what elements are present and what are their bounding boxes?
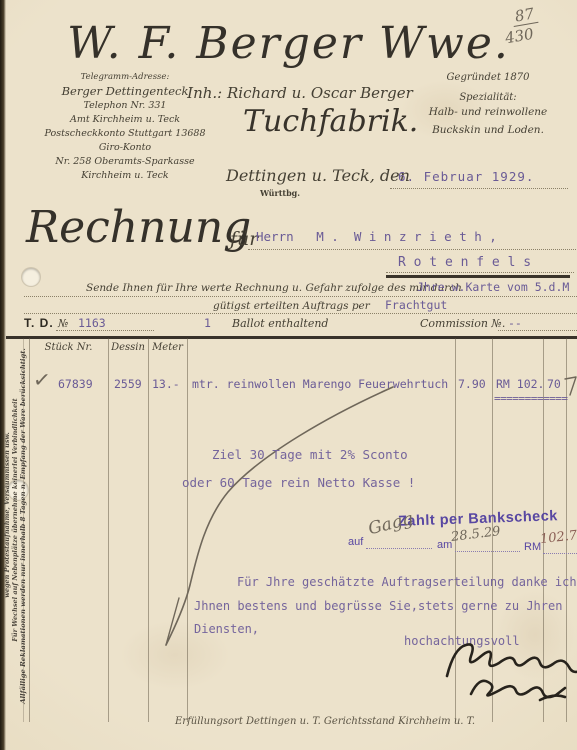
sidebar-condition-line-1: Allfällige Reklamationen werden nur inne… bbox=[19, 344, 27, 708]
table-column-line bbox=[29, 338, 30, 722]
telegram-address-label: Telegramm-Adresse: bbox=[30, 72, 220, 82]
commission-underline bbox=[498, 330, 577, 331]
invoice-date: 6. Februar 1929. bbox=[398, 169, 534, 184]
founded-line: Gegründet 1870 bbox=[408, 72, 568, 83]
owner-line: Inh.: Richard u. Oscar Berger bbox=[175, 84, 425, 102]
giro-account-line: Nr. 258 Oberamts-Sparkasse bbox=[30, 156, 220, 167]
punch-hole-top bbox=[22, 268, 40, 286]
recipient-rule bbox=[386, 275, 570, 278]
stamp-auf-label: auf bbox=[348, 536, 363, 548]
giro-label: Giro-Konto bbox=[30, 142, 220, 153]
giro-place-line: Kirchheim u. Teck bbox=[30, 170, 220, 181]
recipient-name: Herrn M . W i n z r i e t h , bbox=[256, 229, 497, 244]
recipient-city: R o t e n f e l s bbox=[398, 255, 531, 270]
closing-line-1: Für Jhre geschätzte Auftragserteilung da… bbox=[237, 575, 577, 589]
table-column-line bbox=[148, 338, 149, 722]
business-line: Tuchfabrik. bbox=[243, 104, 418, 139]
td-underline bbox=[56, 330, 154, 331]
salutation: hochachtungsvoll bbox=[404, 634, 520, 648]
region-line: Württbg. bbox=[260, 188, 300, 198]
td-no-symbol: № bbox=[58, 317, 68, 330]
invoice-title: Rechnung bbox=[26, 202, 251, 253]
sidebar-condition-line-2: Für Wechsel auf Nebenplätze übernehme ke… bbox=[11, 395, 19, 645]
stamp-rm-line bbox=[543, 553, 577, 554]
row-dessin: 2559 bbox=[114, 377, 142, 391]
row-amount-pfennig: 70 bbox=[547, 377, 561, 391]
intro-script-1: Sende Ihnen für Ihre werte Rechnung u. G… bbox=[86, 282, 462, 294]
bale-count: 1 bbox=[204, 316, 211, 330]
row-stueck-nr: 67839 bbox=[58, 377, 93, 391]
company-title: W. F. Berger Wwe. bbox=[0, 18, 577, 69]
bale-text: Ballot enthaltend bbox=[232, 317, 328, 330]
intro-script-2: gütigst erteilten Auftrags per bbox=[213, 300, 370, 312]
invoice-document: 87 430 W. F. Berger Wwe. Telegramm-Adres… bbox=[0, 0, 577, 750]
col-header-stueck: Stück Nr. bbox=[29, 342, 108, 353]
commission-value: -- bbox=[508, 316, 522, 330]
commission-label: Commission №. bbox=[420, 317, 505, 330]
scan-left-edge bbox=[0, 0, 6, 750]
postal-account-line: Postscheckkonto Stuttgart 13688 bbox=[30, 128, 220, 139]
phone-office-line: Amt Kirchheim u. Teck bbox=[30, 114, 220, 125]
terms-line-2: oder 60 Tage rein Netto Kasse ! bbox=[182, 475, 415, 490]
col-header-dessin: Dessin bbox=[108, 342, 148, 353]
stamp-rm-label: RM bbox=[524, 541, 541, 553]
stamp-am-label: am bbox=[437, 539, 452, 551]
specialty-label: Spezialität: bbox=[408, 92, 568, 103]
row-meter: 13.- bbox=[152, 377, 180, 391]
stamp-auf-value: Gagg bbox=[366, 509, 415, 539]
footer-legal: Erfüllungsort Dettingen u. T. Gerichtsst… bbox=[160, 716, 490, 727]
recipient-underline-2 bbox=[386, 272, 574, 273]
place-line: Dettingen u. Teck, den bbox=[226, 166, 410, 185]
stamp-auf-line bbox=[366, 548, 432, 549]
for-label: für bbox=[230, 228, 258, 250]
intro-underline-1 bbox=[24, 296, 577, 297]
row-checkmark: ✓ bbox=[32, 367, 52, 393]
intro-underline-2 bbox=[24, 313, 577, 314]
closing-line-3: Diensten, bbox=[194, 622, 259, 636]
row-description: mtr. reinwollen Marengo Feuerwehrtuch bbox=[192, 377, 448, 391]
td-label: T. D. bbox=[24, 316, 54, 330]
row-unit-price: 7.90 bbox=[458, 377, 486, 391]
table-column-line bbox=[108, 338, 109, 722]
terms-line-1: Ziel 30 Tage mit 2% Sconto bbox=[212, 447, 408, 462]
specialty-line2: Buckskin und Loden. bbox=[408, 124, 568, 136]
closing-line-2: Jhnen bestens und begrüsse Sie,stets ger… bbox=[194, 599, 562, 613]
stamp-am-line bbox=[455, 551, 520, 552]
col-header-meter: Meter bbox=[148, 342, 187, 353]
stamp-rm-value: 102.70 bbox=[539, 528, 577, 547]
recipient-underline-1 bbox=[248, 249, 576, 250]
table-column-line bbox=[187, 338, 188, 722]
date-underline bbox=[390, 188, 568, 189]
row-amount: RM 102. bbox=[496, 377, 544, 391]
sidebar-condition-line-3: wegen Protestaufnahme, Versäumnissen usw… bbox=[3, 430, 11, 600]
intro-typed-2: Frachtgut bbox=[385, 298, 447, 312]
total-rule: ============ bbox=[494, 392, 577, 405]
specialty-line1: Halb- und reinwollene bbox=[408, 106, 568, 118]
td-number: 1163 bbox=[78, 316, 106, 330]
intro-typed-1: Jhre w.Karte vom 5.d.M bbox=[417, 280, 569, 294]
